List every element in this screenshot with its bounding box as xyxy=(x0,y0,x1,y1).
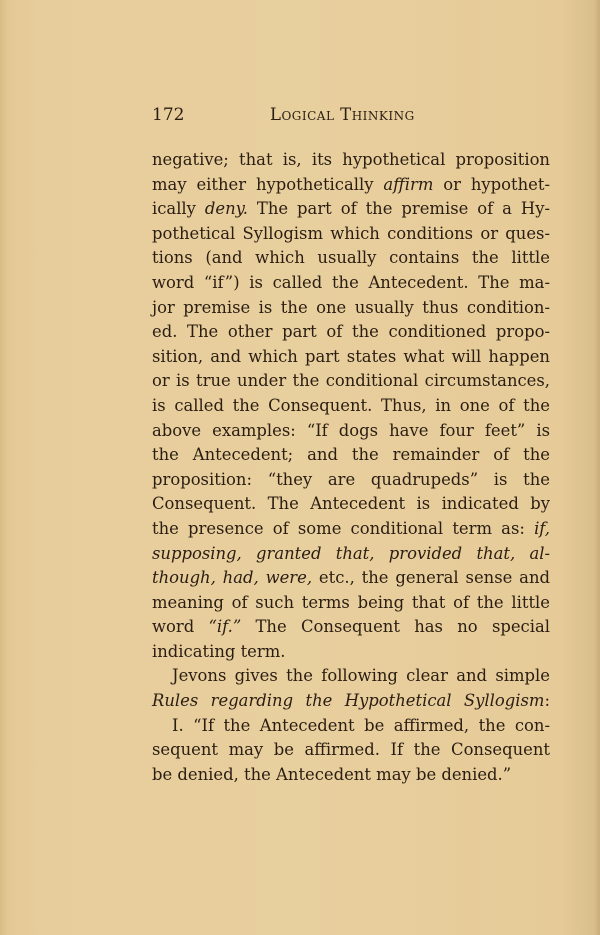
text-run: word “if”) is called the Antecedent. The… xyxy=(152,273,550,292)
text-run: pothetical Syllogism which conditions or… xyxy=(152,224,550,243)
text-run: The part of the premise of a Hy- xyxy=(248,199,550,218)
text-line: is called the Consequent. Thus, in one o… xyxy=(152,394,550,419)
text-run: or hypothet- xyxy=(433,175,550,194)
page-number: 172 xyxy=(152,103,184,127)
text-line: word “if.” The Consequent has no special xyxy=(152,615,550,640)
running-title: Logical Thinking xyxy=(270,103,415,127)
text-run: Jevons gives the following clear and sim… xyxy=(172,666,550,685)
text-line: word “if”) is called the Antecedent. The… xyxy=(152,271,550,296)
text-line: proposition: “they are quadrupeds” is th… xyxy=(152,468,550,493)
text-run: is called the Consequent. Thus, in one o… xyxy=(152,396,550,415)
text-run: Consequent. The Antecedent is indicated … xyxy=(152,494,550,513)
text-line: sequent may be affirmed. If the Conseque… xyxy=(152,738,550,763)
text-run: above examples: “If dogs have four feet”… xyxy=(152,421,550,440)
text-line: Rules regarding the Hypothetical Syllogi… xyxy=(152,689,550,714)
italic-text: though, had, were, xyxy=(152,568,312,587)
text-run: word xyxy=(152,617,209,636)
text-run: be denied, the Antecedent may be denied.… xyxy=(152,765,511,784)
text-line: meaning of such terms being that of the … xyxy=(152,591,550,616)
text-line: the presence of some conditional term as… xyxy=(152,517,550,542)
text-run: the presence of some conditional term as… xyxy=(152,519,534,538)
italic-text: “if.” xyxy=(209,617,242,636)
italic-text: if, xyxy=(534,519,550,538)
text-line: though, had, were, etc., the general sen… xyxy=(152,566,550,591)
text-line: Consequent. The Antecedent is indicated … xyxy=(152,492,550,517)
text-run: The Consequent has no special xyxy=(241,617,550,636)
text-line: the Antecedent; and the remainder of the xyxy=(152,443,550,468)
text-line: be denied, the Antecedent may be denied.… xyxy=(152,763,550,788)
text-line: jor premise is the one usually thus cond… xyxy=(152,296,550,321)
italic-text: deny. xyxy=(205,199,248,218)
text-run: etc., the general sense and xyxy=(312,568,550,587)
italic-text: Rules regarding the Hypothetical Syllogi… xyxy=(152,691,544,710)
text-run: sition, and which part states what will … xyxy=(152,347,550,366)
text-run: tions (and which usually contains the li… xyxy=(152,248,550,267)
text-run: the Antecedent; and the remainder of the xyxy=(152,445,550,464)
text-run: : xyxy=(544,691,550,710)
italic-text: affirm xyxy=(383,175,433,194)
text-run: jor premise is the one usually thus cond… xyxy=(152,298,550,317)
text-line: above examples: “If dogs have four feet”… xyxy=(152,419,550,444)
text-run: sequent may be affirmed. If the Conseque… xyxy=(152,740,550,759)
text-line: sition, and which part states what will … xyxy=(152,345,550,370)
running-head: 172 Logical Thinking xyxy=(152,103,552,127)
text-run: indicating term. xyxy=(152,642,285,661)
body-text: negative; that is, its hypothetical prop… xyxy=(152,148,550,787)
text-run: I. “If the Antecedent be affirmed, the c… xyxy=(172,716,550,735)
text-run: meaning of such terms being that of the … xyxy=(152,593,550,612)
text-line: ed. The other part of the conditioned pr… xyxy=(152,320,550,345)
text-run: ed. The other part of the conditioned pr… xyxy=(152,322,550,341)
text-line: ically deny. The part of the premise of … xyxy=(152,197,550,222)
text-line: may either hypothetically affirm or hypo… xyxy=(152,173,550,198)
text-run: ically xyxy=(152,199,205,218)
book-page: 172 Logical Thinking negative; that is, … xyxy=(0,0,600,935)
text-line: or is true under the conditional circums… xyxy=(152,369,550,394)
text-line: supposing, granted that, provided that, … xyxy=(152,542,550,567)
text-line: indicating term. xyxy=(152,640,550,665)
text-line: pothetical Syllogism which conditions or… xyxy=(152,222,550,247)
italic-text: supposing, granted that, provided that, … xyxy=(152,544,550,563)
text-line: negative; that is, its hypothetical prop… xyxy=(152,148,550,173)
text-run: negative; that is, its hypothetical prop… xyxy=(152,150,550,169)
text-line: tions (and which usually contains the li… xyxy=(152,246,550,271)
text-run: or is true under the conditional circums… xyxy=(152,371,550,390)
text-run: may either hypothetically xyxy=(152,175,383,194)
text-line: Jevons gives the following clear and sim… xyxy=(152,664,550,689)
text-line: I. “If the Antecedent be affirmed, the c… xyxy=(152,714,550,739)
text-run: proposition: “they are quadrupeds” is th… xyxy=(152,470,550,489)
